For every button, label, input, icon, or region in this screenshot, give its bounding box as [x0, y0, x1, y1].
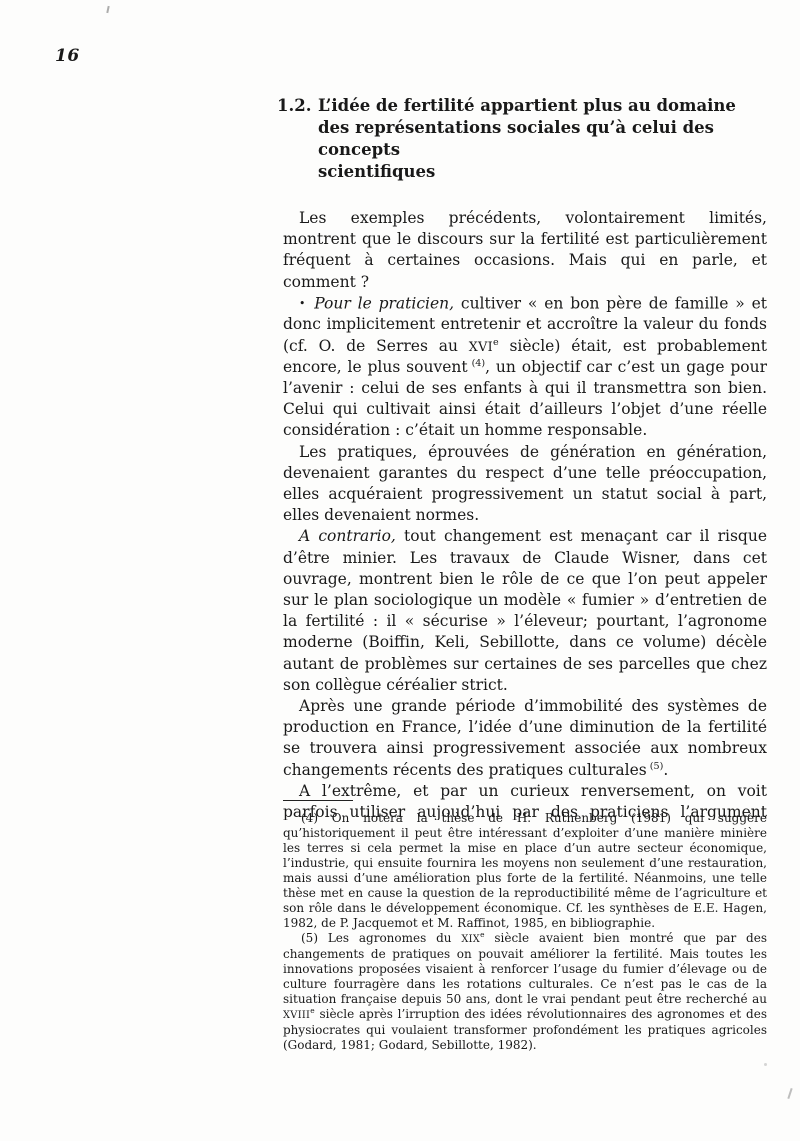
text-segment: A contrario, [299, 527, 396, 545]
paragraph: Les pratiques, éprouvées de génération e… [283, 442, 767, 527]
section-number: 1.2. [277, 95, 318, 183]
page-content: 1.2. L’idée de fertilité appartient plus… [283, 95, 767, 820]
section-title-line: des représentations sociales qu’à celui … [318, 117, 767, 161]
paragraph: Après une grande période d’immobilité de… [283, 696, 767, 781]
text-segment: (4) On notera la thèse de H. Ruthenberg … [283, 811, 767, 930]
footnote: (4) On notera la thèse de H. Ruthenberg … [283, 811, 767, 931]
bullet-paragraph: • Pour le praticien, cultiver « en bon p… [283, 293, 767, 442]
footnote-reference: (4) [468, 358, 486, 369]
section-title-line: L’idée de fertilité appartient plus au d… [318, 95, 767, 117]
footnote-list: (4) On notera la thèse de H. Ruthenberg … [283, 811, 767, 1053]
text-segment: XVIII [283, 1010, 310, 1021]
page-number: 16 [55, 46, 80, 66]
text-segment: (5) Les agronomes du [301, 931, 461, 945]
text-segment: XIX [461, 934, 480, 945]
text-segment: Les exemples précédents, volontairement … [283, 209, 767, 291]
scan-artifact [106, 6, 109, 13]
footnote: (5) Les agronomes du XIXe siècle avaient… [283, 931, 767, 1053]
text-segment: XVI [469, 339, 493, 354]
text-segment: Après une grande période d’immobilité de… [283, 697, 767, 779]
footnote-reference: (5) [647, 760, 664, 771]
section-title-line: scientifiques [318, 161, 767, 183]
scan-artifact [787, 1088, 792, 1099]
text-segment: Pour le praticien, [314, 294, 454, 312]
paragraph: Les exemples précédents, volontairement … [283, 208, 767, 293]
footnote-separator [283, 800, 353, 801]
text-segment: Les pratiques, éprouvées de génération e… [283, 443, 767, 525]
text-segment: siècle après l’irruption des idées révol… [283, 1007, 767, 1052]
paragraph: A contrario, tout changement est menaçan… [283, 526, 767, 696]
text-segment: . [663, 761, 668, 779]
section-heading: 1.2. L’idée de fertilité appartient plus… [277, 95, 767, 183]
text-segment: tout changement est menaçant car il risq… [283, 527, 767, 693]
body-text: Les exemples précédents, volontairement … [283, 208, 767, 820]
scan-artifact [764, 1063, 767, 1066]
footnotes-section: (4) On notera la thèse de H. Ruthenberg … [283, 800, 767, 1053]
section-title: L’idée de fertilité appartient plus au d… [318, 95, 767, 183]
